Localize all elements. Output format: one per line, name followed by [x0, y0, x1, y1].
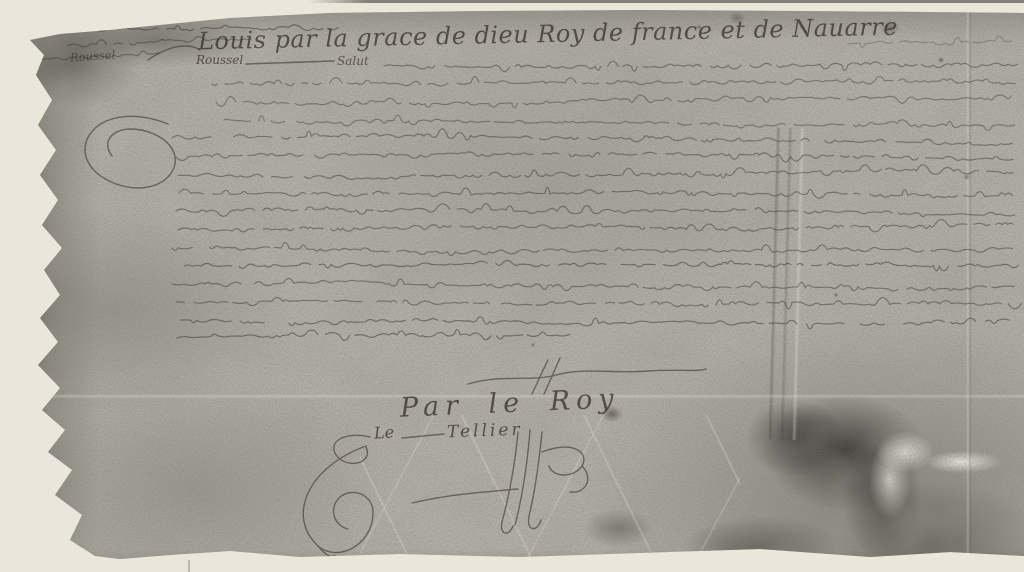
- script-line: [176, 152, 1013, 162]
- script-line: [176, 297, 1022, 308]
- docket-dash: [246, 61, 334, 64]
- parchment-mottling-texture: [0, 0, 1024, 572]
- signature-loop-right-bottom: [570, 466, 588, 492]
- vertical-fold-crease: [762, 127, 814, 440]
- top-left-oval-flourish: [85, 116, 175, 188]
- signature-descender-1: [501, 432, 518, 533]
- diagonal-creases: [360, 415, 740, 565]
- manuscript-text-lines: [26, 25, 1022, 341]
- script-line: [96, 25, 338, 31]
- paraph-ticks: [532, 358, 560, 394]
- script-line: [172, 242, 1012, 255]
- script-line: [176, 204, 1015, 217]
- script-line: [178, 165, 1013, 180]
- script-line: [224, 115, 1014, 130]
- secretary-signature-prefix: Le: [373, 422, 394, 442]
- docket-clerk-name: Roussel: [196, 53, 243, 67]
- script-line: [184, 260, 1018, 270]
- script-line: [178, 219, 1013, 231]
- script-line: [181, 317, 1009, 329]
- handwriting-ink-layer: [0, 0, 1024, 572]
- secretary-signature-name: Tellier: [447, 420, 523, 443]
- script-line: [172, 278, 1014, 291]
- signature-horizontal-stroke: [412, 489, 518, 503]
- right-fold-crease: [963, 12, 975, 560]
- paraph-over-countersign: [468, 369, 706, 384]
- photo-frame: Louis par la grace de dieu Roy de france…: [0, 0, 1024, 572]
- docket-paraph: [148, 46, 200, 60]
- script-line: [212, 76, 1015, 85]
- script-line: [67, 37, 251, 47]
- halftone-grain-texture: [0, 0, 1024, 572]
- photo-margin-seam: [188, 560, 190, 572]
- salutation-word: Salut: [337, 54, 369, 68]
- photo-plate-edge: [308, 0, 1024, 3]
- parchment-document: Louis par la grace de dieu Roy de france…: [0, 0, 1024, 572]
- script-line: [172, 129, 1012, 146]
- pen-flourishes: [85, 46, 706, 559]
- script-line: [848, 36, 1020, 47]
- script-line: [179, 187, 1013, 198]
- signature-dash: [402, 434, 444, 438]
- countersignature-par-le-roy: Par le Roy: [399, 383, 620, 424]
- signature-descender-2: [515, 430, 530, 525]
- marginal-clerk-name: Roussel: [70, 47, 116, 64]
- ink-blot-small: [332, 555, 336, 559]
- signature-curl-tail: [318, 546, 340, 558]
- script-line: [384, 61, 1018, 71]
- script-line: [177, 330, 570, 341]
- signature-descender-3: [528, 432, 542, 529]
- script-line: [216, 95, 1011, 108]
- signature-initial-loop: [334, 435, 370, 463]
- horizontal-fold-crease: [0, 393, 1024, 400]
- royal-heading-script: Louis par la grace de dieu Roy de france…: [198, 13, 898, 56]
- signature-loop-right-top: [542, 447, 584, 475]
- script-line: [26, 51, 159, 61]
- signature-grand-curl: [303, 446, 373, 553]
